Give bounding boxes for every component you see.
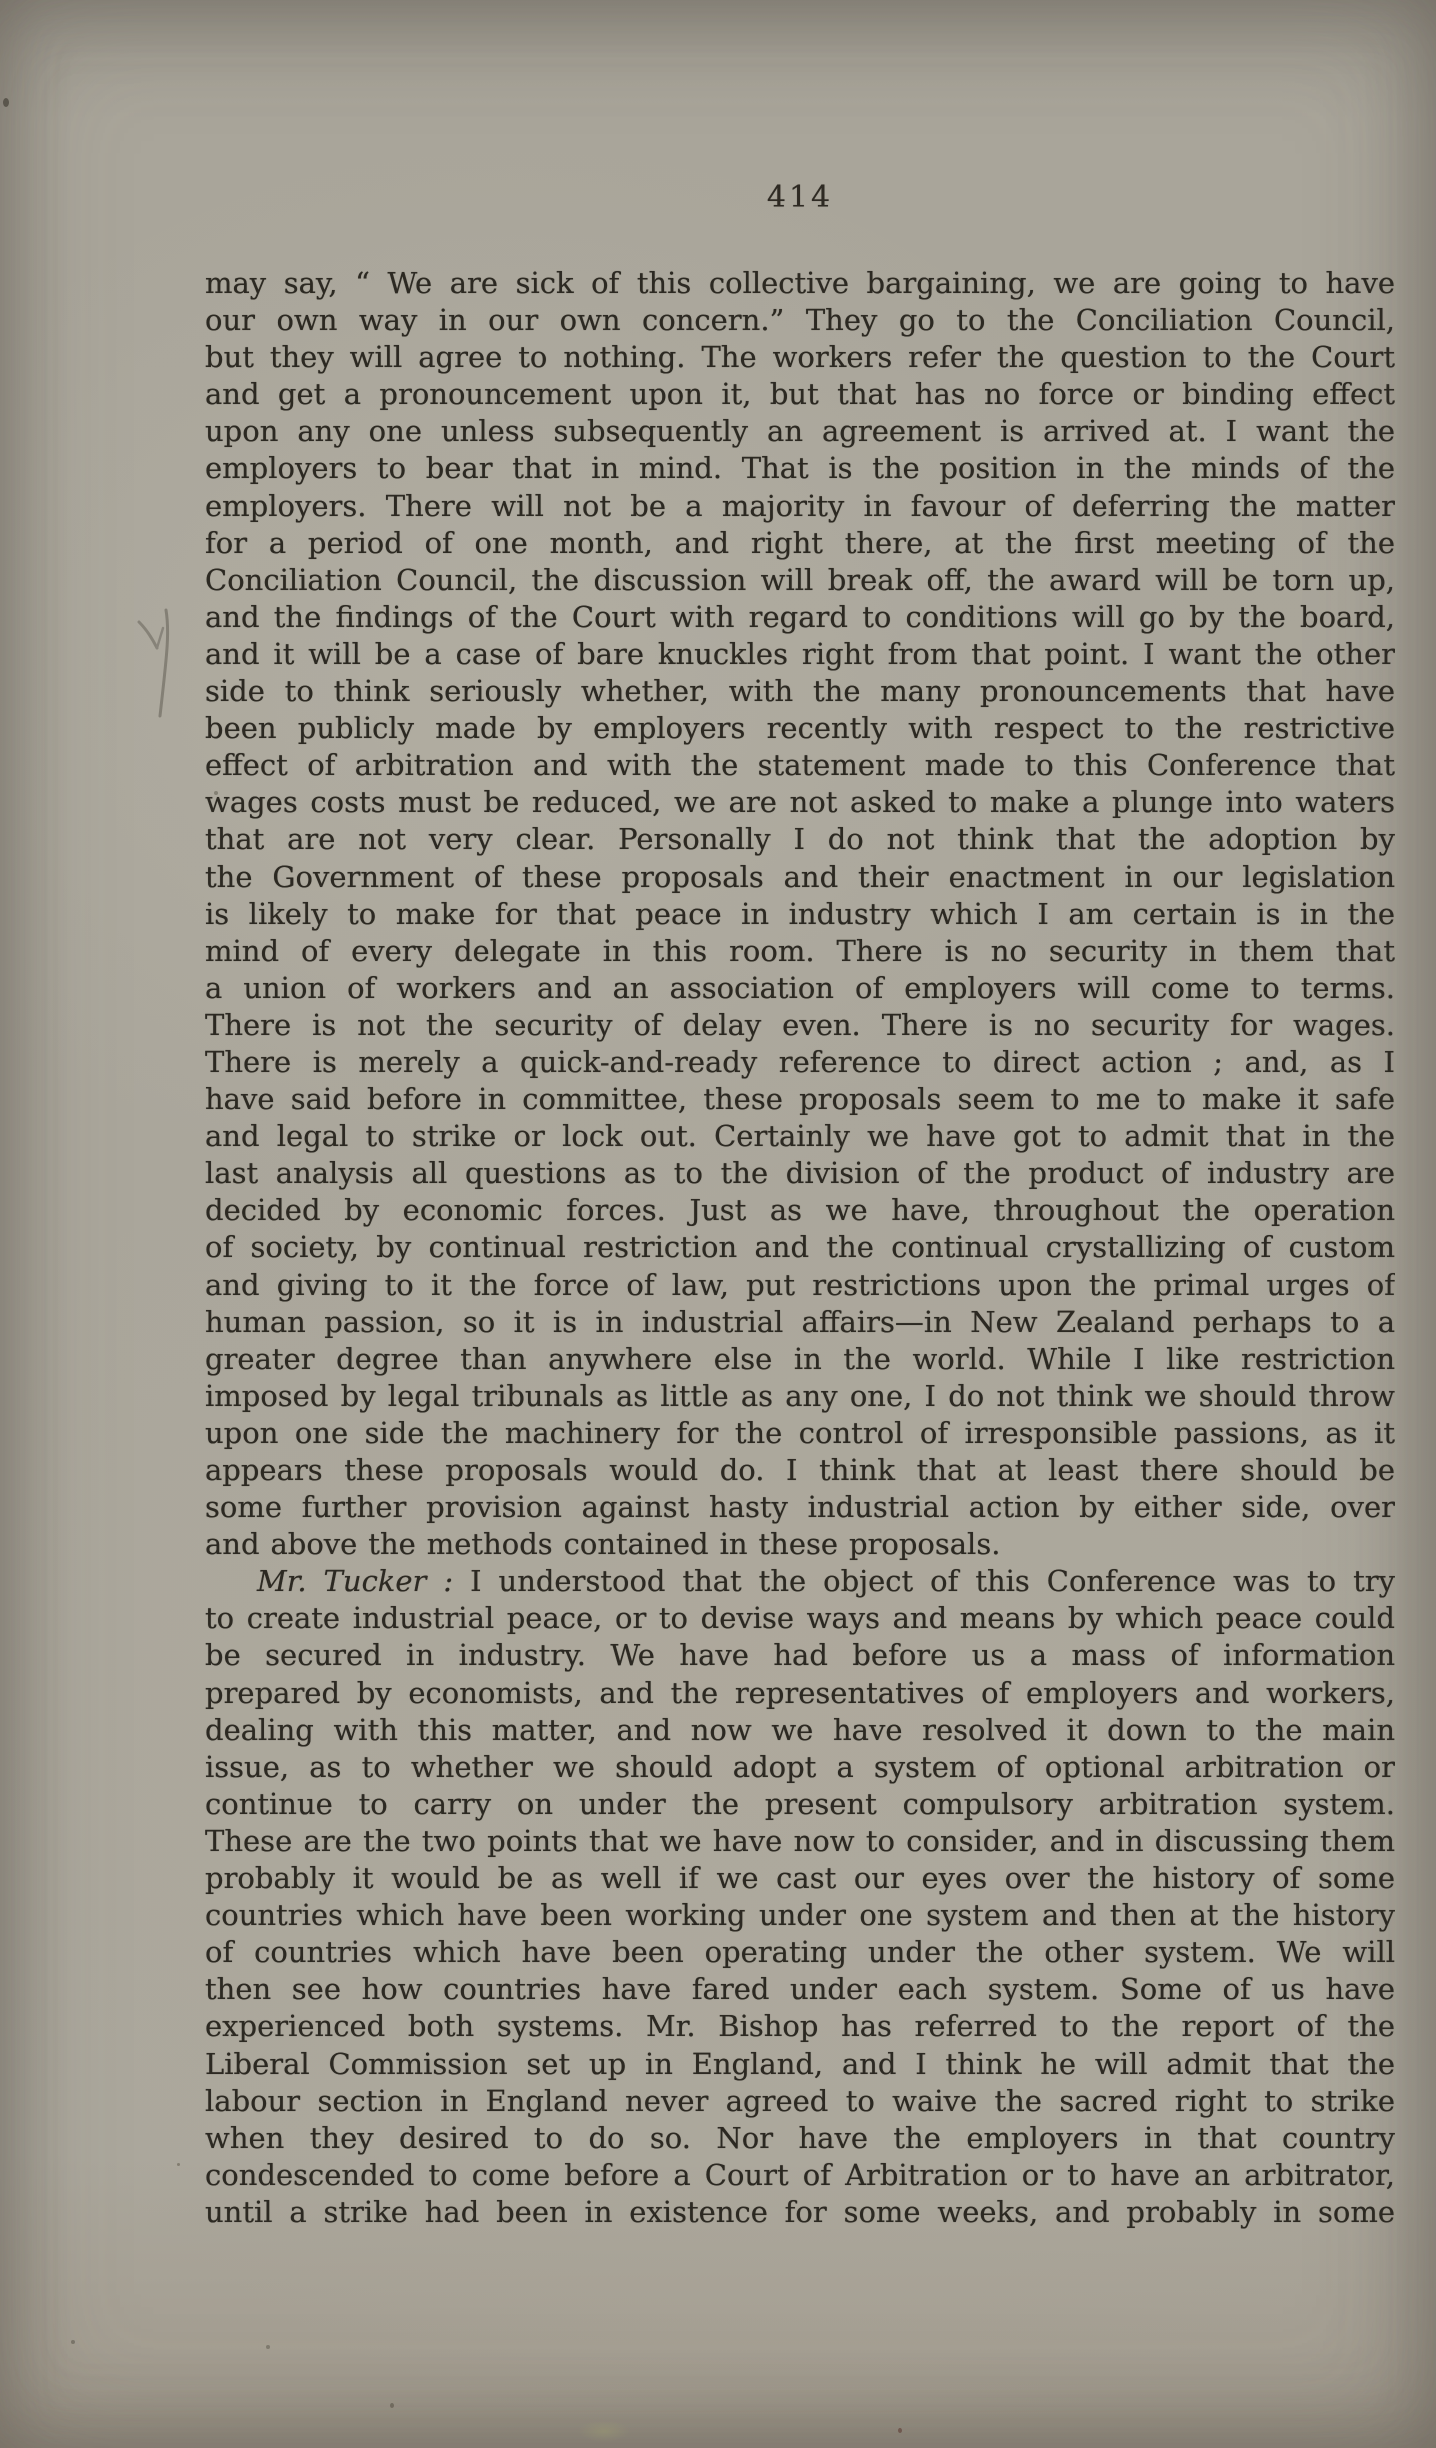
text-line: a union of workers and an association of… (205, 970, 1395, 1007)
text-line: upon any one unless subsequently an agre… (205, 413, 1395, 450)
text-line: dealing with this matter, and now we hav… (205, 1712, 1395, 1749)
text-line: for a period of one month, and right the… (205, 525, 1395, 562)
text-line: employers. There will not be a majority … (205, 488, 1395, 525)
text-line: been publicly made by employers recently… (205, 710, 1395, 747)
page-body: may say, “ We are sick of this collectiv… (205, 265, 1395, 2231)
document-page: 414 may say, “ We are sick of this colle… (0, 0, 1436, 2448)
text-line: human passion, so it is in industrial af… (205, 1304, 1395, 1341)
text-line: imposed by legal tribunals as little as … (205, 1378, 1395, 1415)
text-line: be secured in industry. We have had befo… (205, 1637, 1395, 1674)
text-line: have said before in committee, these pro… (205, 1081, 1395, 1118)
text-line: continue to carry on under the present c… (205, 1786, 1395, 1823)
paper-speck (266, 2345, 270, 2349)
text-line: condescended to come before a Court of A… (205, 2157, 1395, 2194)
text-line: and legal to strike or lock out. Certain… (205, 1118, 1395, 1155)
text-line: of society, by continual restriction and… (205, 1229, 1395, 1266)
text-line: last analysis all questions as to the di… (205, 1155, 1395, 1192)
paper-speck (898, 2428, 902, 2433)
text-line: experienced both systems. Mr. Bishop has… (205, 2008, 1395, 2045)
speaker-name: Mr. Tucker : (257, 1564, 453, 1598)
text-line: Liberal Commission set up in England, an… (205, 2046, 1395, 2083)
text-line: Mr. Tucker : I understood that the objec… (205, 1563, 1395, 1600)
text-line: There is not the security of delay even.… (205, 1007, 1395, 1044)
text-line: and get a pronouncement upon it, but tha… (205, 376, 1395, 413)
text-line: is likely to make for that peace in indu… (205, 896, 1395, 933)
text-line: and it will be a case of bare knuckles r… (205, 636, 1395, 673)
text-line: These are the two points that we have no… (205, 1823, 1395, 1860)
text-line: some further provision against hasty ind… (205, 1489, 1395, 1526)
text-line: Conciliation Council, the discussion wil… (205, 562, 1395, 599)
paper-speck (390, 2403, 394, 2408)
text-line: may say, “ We are sick of this collectiv… (205, 265, 1395, 302)
page-number: 414 (205, 180, 1395, 215)
text-line: countries which have been working under … (205, 1897, 1395, 1934)
text-line: employers to bear that in mind. That is … (205, 450, 1395, 487)
text-line: the Government of these proposals and th… (205, 859, 1395, 896)
text-line: when they desired to do so. Nor have the… (205, 2120, 1395, 2157)
text-line: then see how countries have fared under … (205, 1971, 1395, 2008)
text-line: There is merely a quick-and-ready refere… (205, 1044, 1395, 1081)
text-line: that are not very clear. Personally I do… (205, 821, 1395, 858)
paper-speck (214, 791, 218, 795)
paper-speck (3, 98, 9, 107)
text-line: effect of arbitration and with the state… (205, 747, 1395, 784)
text-line: probably it would be as well if we cast … (205, 1860, 1395, 1897)
text-line: and the findings of the Court with regar… (205, 599, 1395, 636)
text-line: and giving to it the force of law, put r… (205, 1267, 1395, 1304)
pencil-margin-mark (128, 598, 188, 728)
text-line: mind of every delegate in this room. The… (205, 933, 1395, 970)
text-line: decided by economic forces. Just as we h… (205, 1192, 1395, 1229)
text-line: and above the methods contained in these… (205, 1526, 1395, 1563)
text-line: side to think seriously whether, with th… (205, 673, 1395, 710)
text-line: prepared by economists, and the represen… (205, 1675, 1395, 1712)
text-line: of countries which have been operating u… (205, 1934, 1395, 1971)
text-line: labour section in England never agreed t… (205, 2083, 1395, 2120)
paper-smudge (578, 2420, 630, 2442)
text-line: upon one side the machinery for the cont… (205, 1415, 1395, 1452)
text-line: greater degree than anywhere else in the… (205, 1341, 1395, 1378)
paper-speck (71, 2340, 75, 2344)
text-line: to create industrial peace, or to devise… (205, 1600, 1395, 1637)
text-line: appears these proposals would do. I thin… (205, 1452, 1395, 1489)
text-line: issue, as to whether we should adopt a s… (205, 1749, 1395, 1786)
text-line: wages costs must be reduced, we are not … (205, 784, 1395, 821)
paper-speck (177, 2163, 180, 2166)
text-line: until a strike had been in existence for… (205, 2194, 1395, 2231)
text-line: but they will agree to nothing. The work… (205, 339, 1395, 376)
text-line: our own way in our own concern.” They go… (205, 302, 1395, 339)
